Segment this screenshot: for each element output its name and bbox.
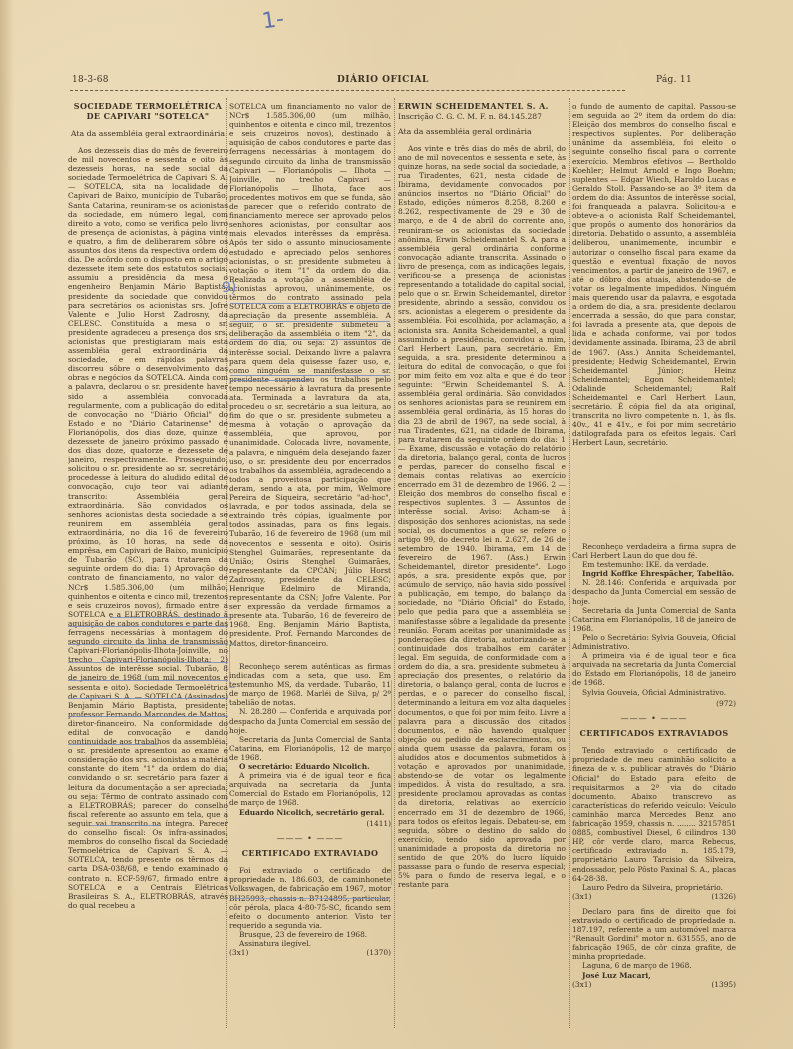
column-1: SOCIEDADE TERMOELÉTRICA DE CAPIVARI "SOT… — [68, 102, 228, 1049]
certificado-footer: (3x1) (1370) — [229, 948, 391, 957]
sotelca-paragraph: Aos dezesseis dias do mês de fevereiro d… — [68, 146, 228, 910]
erwin-paragraph: Aos vinte e três dias do mês de abril, d… — [398, 144, 566, 890]
pen-annotation-mark: 9) — [222, 280, 236, 296]
erwin-paragraph: Secretaria da Junta Comercial de Santa C… — [572, 606, 736, 633]
pen-underline — [68, 662, 228, 663]
notice1-edition: (3x1) — [572, 892, 591, 901]
certificado-paragraph: Assinatura ilegível. — [229, 939, 391, 948]
column-divider — [394, 98, 395, 1028]
pen-underline — [68, 626, 228, 627]
page-edge-shadow — [0, 0, 14, 1049]
sotelca-paragraph: N. 28.280 — Conferida e arquivada por de… — [229, 707, 391, 734]
sotelca-paragraph: Reconheço serem autênticas as firmas ind… — [229, 662, 391, 707]
notice1-reference: (1326) — [711, 892, 736, 901]
erwin-body-part1: Aos vinte e três dias do mês de abril, d… — [398, 144, 566, 1024]
pen-underline — [230, 375, 390, 376]
erwin-paragraph: Reconheço verdadeira a firma supra de Ca… — [572, 542, 736, 560]
pen-underline — [230, 339, 390, 340]
pen-underline — [68, 680, 228, 681]
column-divider — [569, 98, 570, 1028]
certificados-notice1-paragraph: Lauro Pedro da Silveira, proprietário. — [572, 883, 736, 892]
sotelca-paragraph: O secretário: Eduardo Nicolich. — [229, 762, 391, 771]
sotelca-paragraph: Eduardo Nicolich, secretário geral. — [229, 808, 391, 817]
erwin-paragraph: Pelo o Secretário: Sylvia Gouveia, Ofici… — [572, 633, 736, 651]
column-2: SOTELCA um financiamento no valor de NCr… — [229, 102, 391, 957]
page-header: 18-3-68 DIÁRIO OFICIAL Pág. 11 — [72, 75, 692, 89]
sotelca-headline: SOCIEDADE TERMOELÉTRICA DE CAPIVARI "SOT… — [68, 102, 228, 121]
erwin-paragraph: N. 28.146: Conferida e arquivada por des… — [572, 578, 736, 605]
certificado-edition: (3x1) — [229, 948, 248, 957]
erwin-registration: Inscrição C. G. C. M. F. n. 84.145.287 — [398, 112, 566, 121]
column-4: o fundo de aumento de capital. Passou-se… — [572, 102, 736, 989]
certificados-notice2-paragraph: José Luz Macari, — [572, 971, 736, 980]
handwritten-page-number: 1- — [260, 7, 285, 35]
column-3: ERWIN SCHEIDEMANTEL S. A. Inscrição C. G… — [398, 102, 566, 1024]
newspaper-title: DIÁRIO OFICIAL — [337, 75, 429, 85]
pen-underline — [230, 303, 390, 304]
header-rule — [70, 90, 625, 91]
sotelca-body-part1: Aos dezesseis dias do mês de fevereiro d… — [68, 146, 228, 1049]
notice1-footer: (3x1) (1326) — [572, 892, 736, 901]
erwin-paragraph: Em testemunho: IKE. da verdade. — [572, 560, 736, 569]
erwin-paragraph: Ingrid Koffke Ehrespächer, Tabelião. — [572, 569, 736, 578]
certificados-headline: CERTIFICADOS EXTRAVIADOS — [572, 729, 736, 739]
sotelca-reference: (1411) — [229, 819, 391, 828]
erwin-subheadline: Ata da assembléia geral ordinária — [398, 127, 566, 136]
pen-section-line — [230, 898, 390, 899]
certificado-headline: CERTIFICADO EXTRAVIADO — [229, 849, 391, 859]
pen-underline — [68, 744, 158, 745]
certificados-notice2-paragraph: Laguna, 6 de março de 1968. — [572, 961, 736, 970]
notice2-reference: (1395) — [711, 980, 736, 989]
pen-underline — [90, 825, 160, 826]
pen-underline — [110, 617, 230, 618]
erwin-reference: (972) — [572, 699, 736, 708]
separator: ——— • ——— — [572, 714, 736, 723]
pen-underline — [68, 698, 228, 699]
pen-underline — [68, 644, 228, 645]
erwin-paragraph: A primeira via é de igual teor e fica ar… — [572, 651, 736, 687]
certificado-reference: (1370) — [366, 948, 391, 957]
certificados-notice2-paragraph: Declaro para fins de direito que foi ext… — [572, 907, 736, 962]
erwin-body-part2: o fundo de aumento de capital. Passou-se… — [572, 102, 736, 542]
pen-underline — [230, 321, 390, 322]
sotelca-paragraph: A primeira via é de igual teor e fica ar… — [229, 771, 391, 807]
notice2-footer: (3x1) (1395) — [572, 980, 736, 989]
erwin-headline: ERWIN SCHEIDEMANTEL S. A. — [398, 102, 566, 112]
page-number: Pág. 11 — [656, 75, 692, 85]
certificados-notice1-paragraph: Tendo extraviado o certificado de propri… — [572, 746, 736, 882]
sotelca-subheadline: Ata da assembléia geral extraordinária — [68, 129, 228, 138]
notice2-edition: (3x1) — [572, 980, 591, 989]
erwin-paragraph: Sylvia Gouveia, Oficial Administrativo. — [572, 688, 736, 697]
sotelca-paragraph: Secretaria da Junta Comercial de Santa C… — [229, 735, 391, 762]
issue-date: 18-3-68 — [72, 75, 109, 85]
pen-bracket — [229, 644, 235, 688]
separator: ——— • ——— — [229, 834, 391, 843]
erwin-paragraph: o fundo de aumento de capital. Passou-se… — [572, 102, 736, 448]
sotelca-body-part2: SOTELCA um financiamento no valor de NCr… — [229, 102, 391, 662]
certificado-paragraph: Brusque, 23 de fevereiro de 1968. — [229, 930, 391, 939]
pen-underline — [68, 716, 228, 717]
pen-margin-line — [391, 680, 392, 885]
pen-underline — [230, 380, 310, 381]
